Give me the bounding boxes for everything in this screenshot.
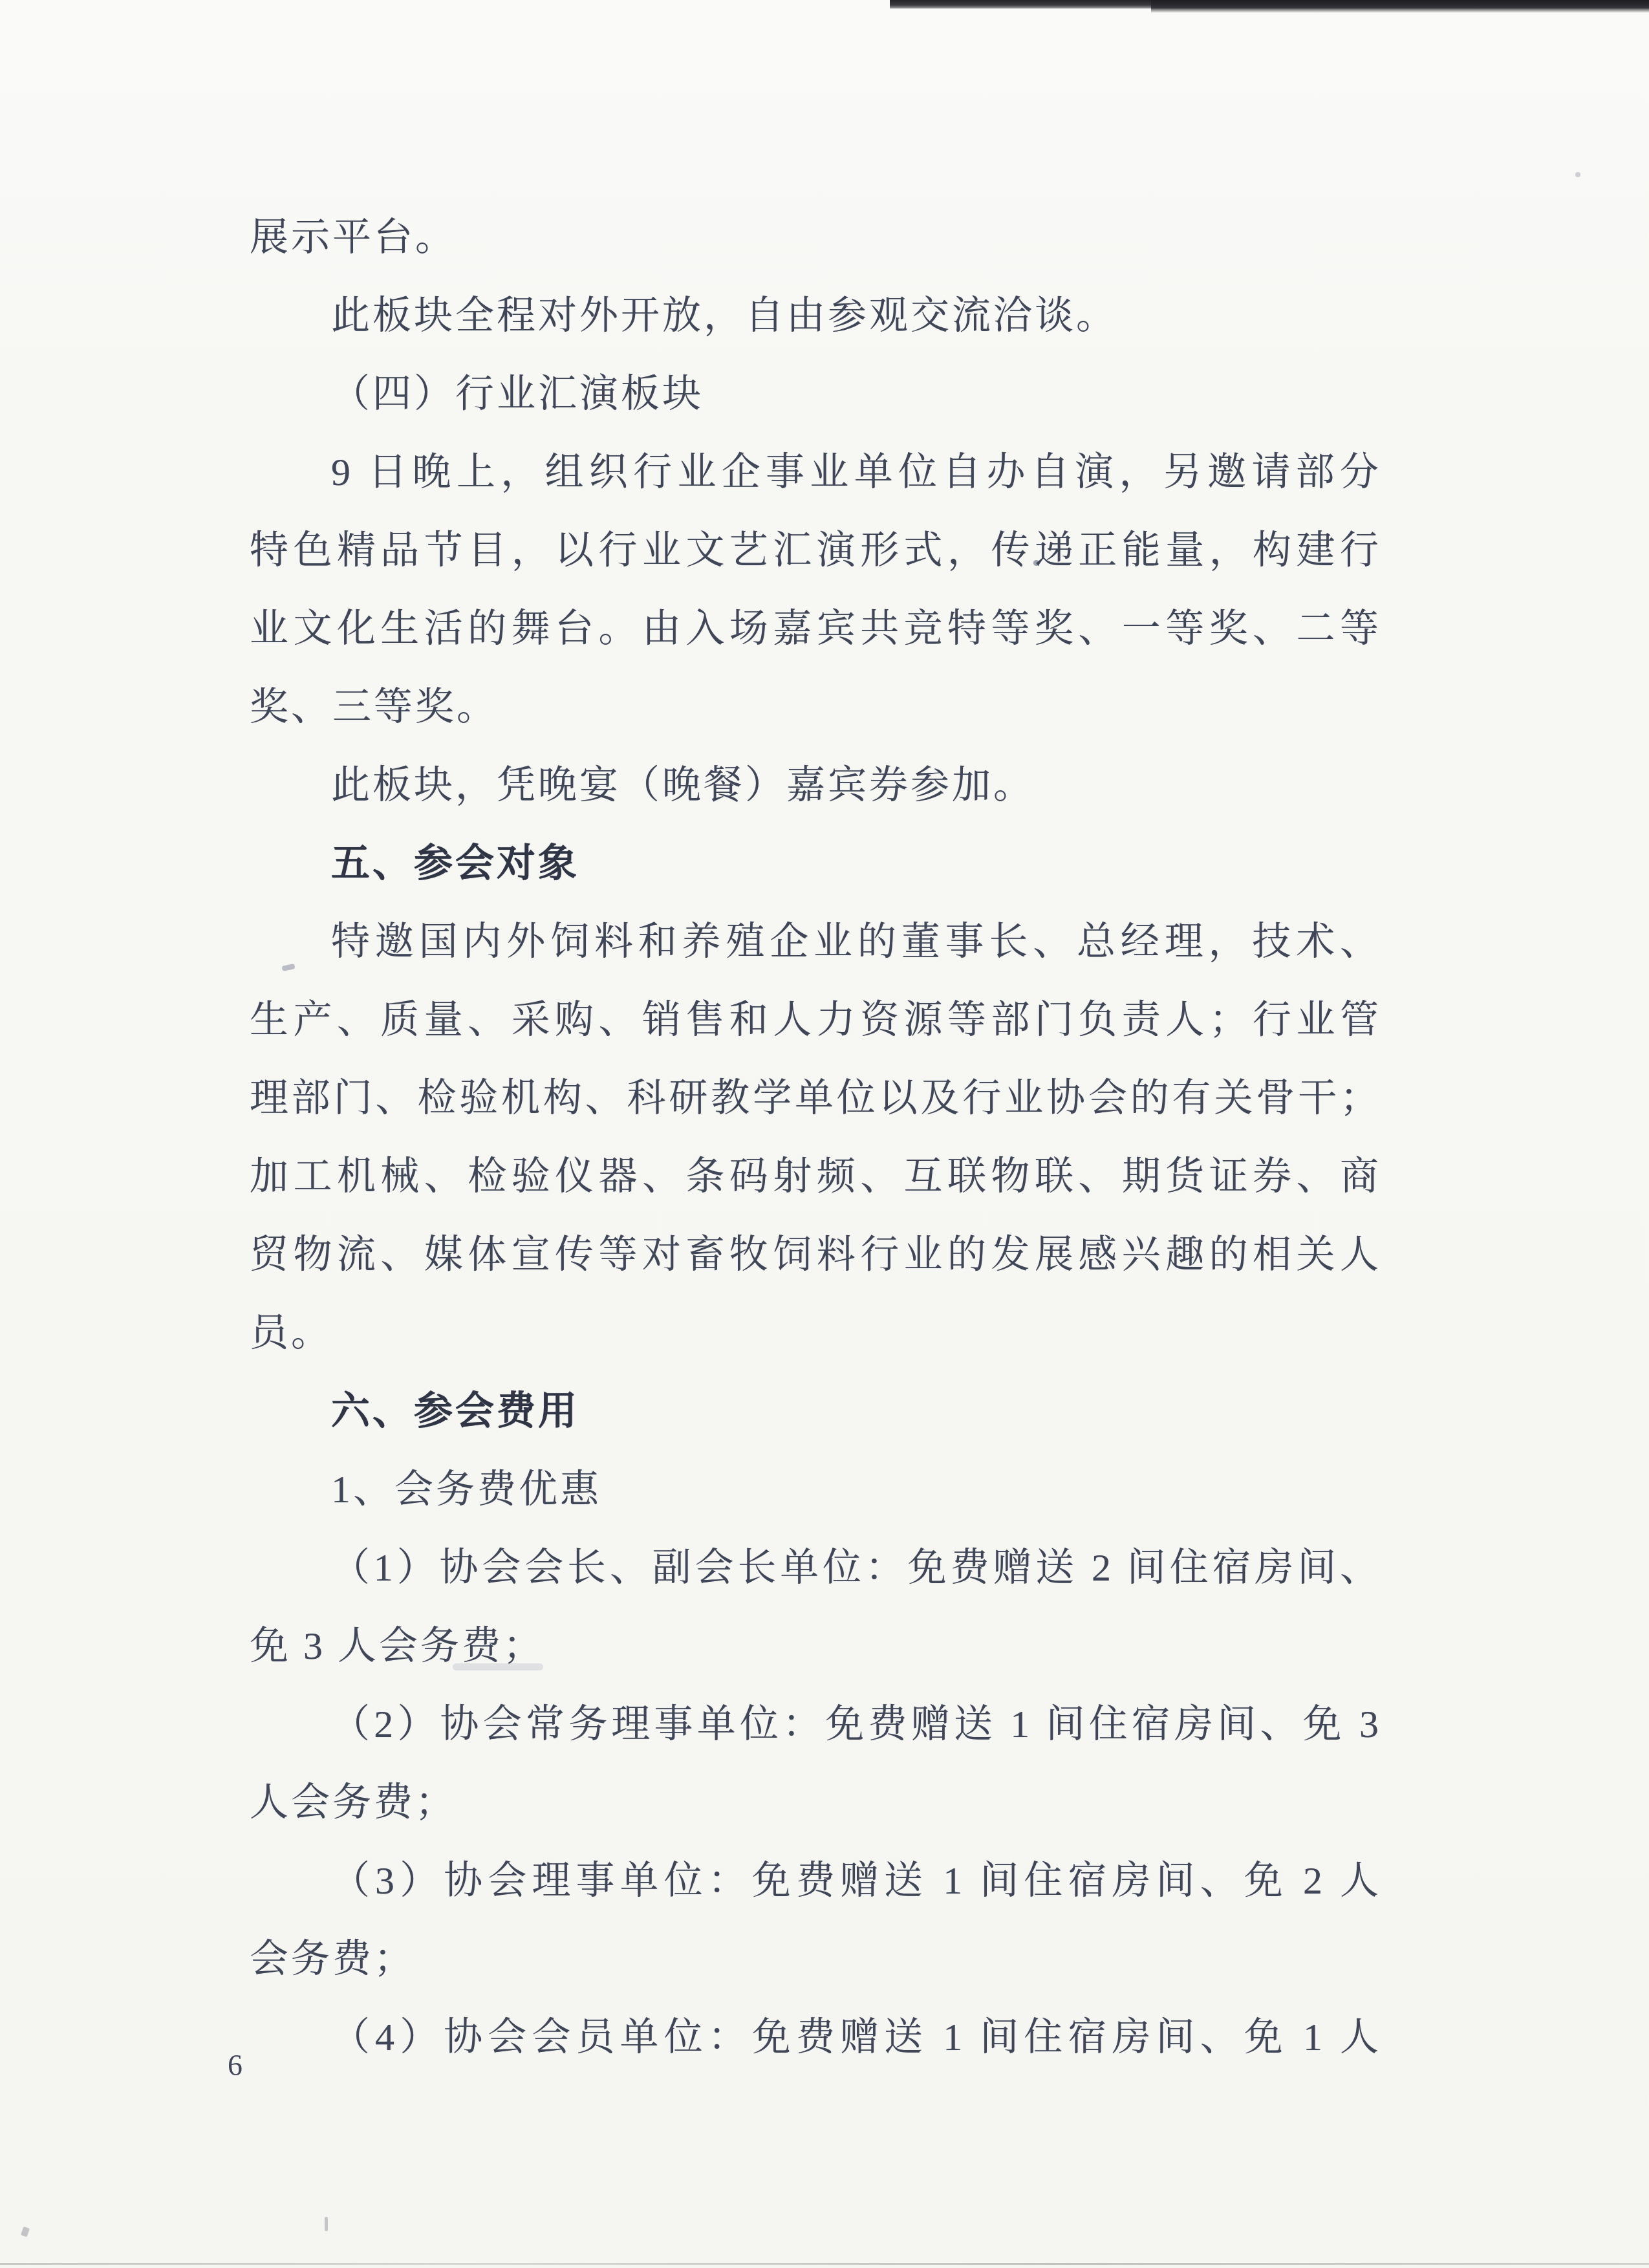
scan-artifact-bottom-edge [0, 2263, 1649, 2265]
para-fee-item-1-line-2: 免 3 人会务费； [250, 1607, 1381, 1685]
para-participants-6: 员。 [250, 1294, 1381, 1372]
para-participants-1: 特邀国内外饲料和养殖企业的董事长、总经理，技术、 [250, 903, 1381, 981]
scan-artifact-top-edge-dark [1151, 0, 1649, 13]
para-performance-ticket: 此板块，凭晚宴（晚餐）嘉宾券参加。 [250, 746, 1381, 825]
scan-speck [325, 2217, 328, 2231]
para-participants-3: 理部门、检验机构、科研教学单位以及行业协会的有关骨干； [250, 1059, 1381, 1138]
para-participants-2: 生产、质量、采购、销售和人力资源等部门负责人；行业管 [250, 981, 1381, 1059]
para-fee-item-3-line-1: （3）协会理事单位：免费赠送 1 间住宿房间、免 2 人 [250, 1842, 1381, 1920]
para-performance-2: 特色精品节目，以行业文艺汇演形式，传递正能量，构建行 [250, 512, 1381, 590]
para-fee-item-2-line-1: （2）协会常务理事单位：免费赠送 1 间住宿房间、免 3 [250, 1685, 1381, 1764]
para-performance-1: 9 日晚上，组织行业企事业单位自办自演，另邀请部分 [250, 433, 1381, 512]
para-participants-4: 加工机械、检验仪器、条码射频、互联物联、期货证券、商 [250, 1138, 1381, 1216]
para-open-to-public: 此板块全程对外开放，自由参观交流洽谈。 [250, 277, 1381, 355]
scan-speck [21, 2227, 30, 2238]
heading-section-4-performance: （四）行业汇演板块 [250, 355, 1381, 433]
para-fee-item-1-line-1: （1）协会会长、副会长单位：免费赠送 2 间住宿房间、 [250, 1529, 1381, 1607]
para-exhibit-platform-end: 展示平台。 [250, 199, 1381, 277]
subheading-fee-discount: 1、会务费优惠 [250, 1451, 1381, 1529]
scan-speck [1575, 172, 1580, 177]
para-participants-5: 贸物流、媒体宣传等对畜牧饲料行业的发展感兴趣的相关人 [250, 1216, 1381, 1294]
heading-section-5-participants: 五、参会对象 [250, 825, 1381, 903]
para-fee-item-2-line-2: 人会务费； [250, 1764, 1381, 1842]
page-number: 6 [228, 2049, 242, 2082]
heading-section-6-fees: 六、参会费用 [250, 1372, 1381, 1451]
para-fee-item-3-line-2: 会务费； [250, 1920, 1381, 1998]
para-fee-item-4-line-1: （4）协会会员单位：免费赠送 1 间住宿房间、免 1 人 [250, 1998, 1381, 2077]
scanned-document-page: 展示平台。 此板块全程对外开放，自由参观交流洽谈。 （四）行业汇演板块 9 日晚… [0, 0, 1649, 2268]
para-performance-3: 业文化生活的舞台。由入场嘉宾共竞特等奖、一等奖、二等 [250, 590, 1381, 668]
para-performance-4: 奖、三等奖。 [250, 668, 1381, 746]
document-body: 展示平台。 此板块全程对外开放，自由参观交流洽谈。 （四）行业汇演板块 9 日晚… [250, 199, 1381, 2077]
